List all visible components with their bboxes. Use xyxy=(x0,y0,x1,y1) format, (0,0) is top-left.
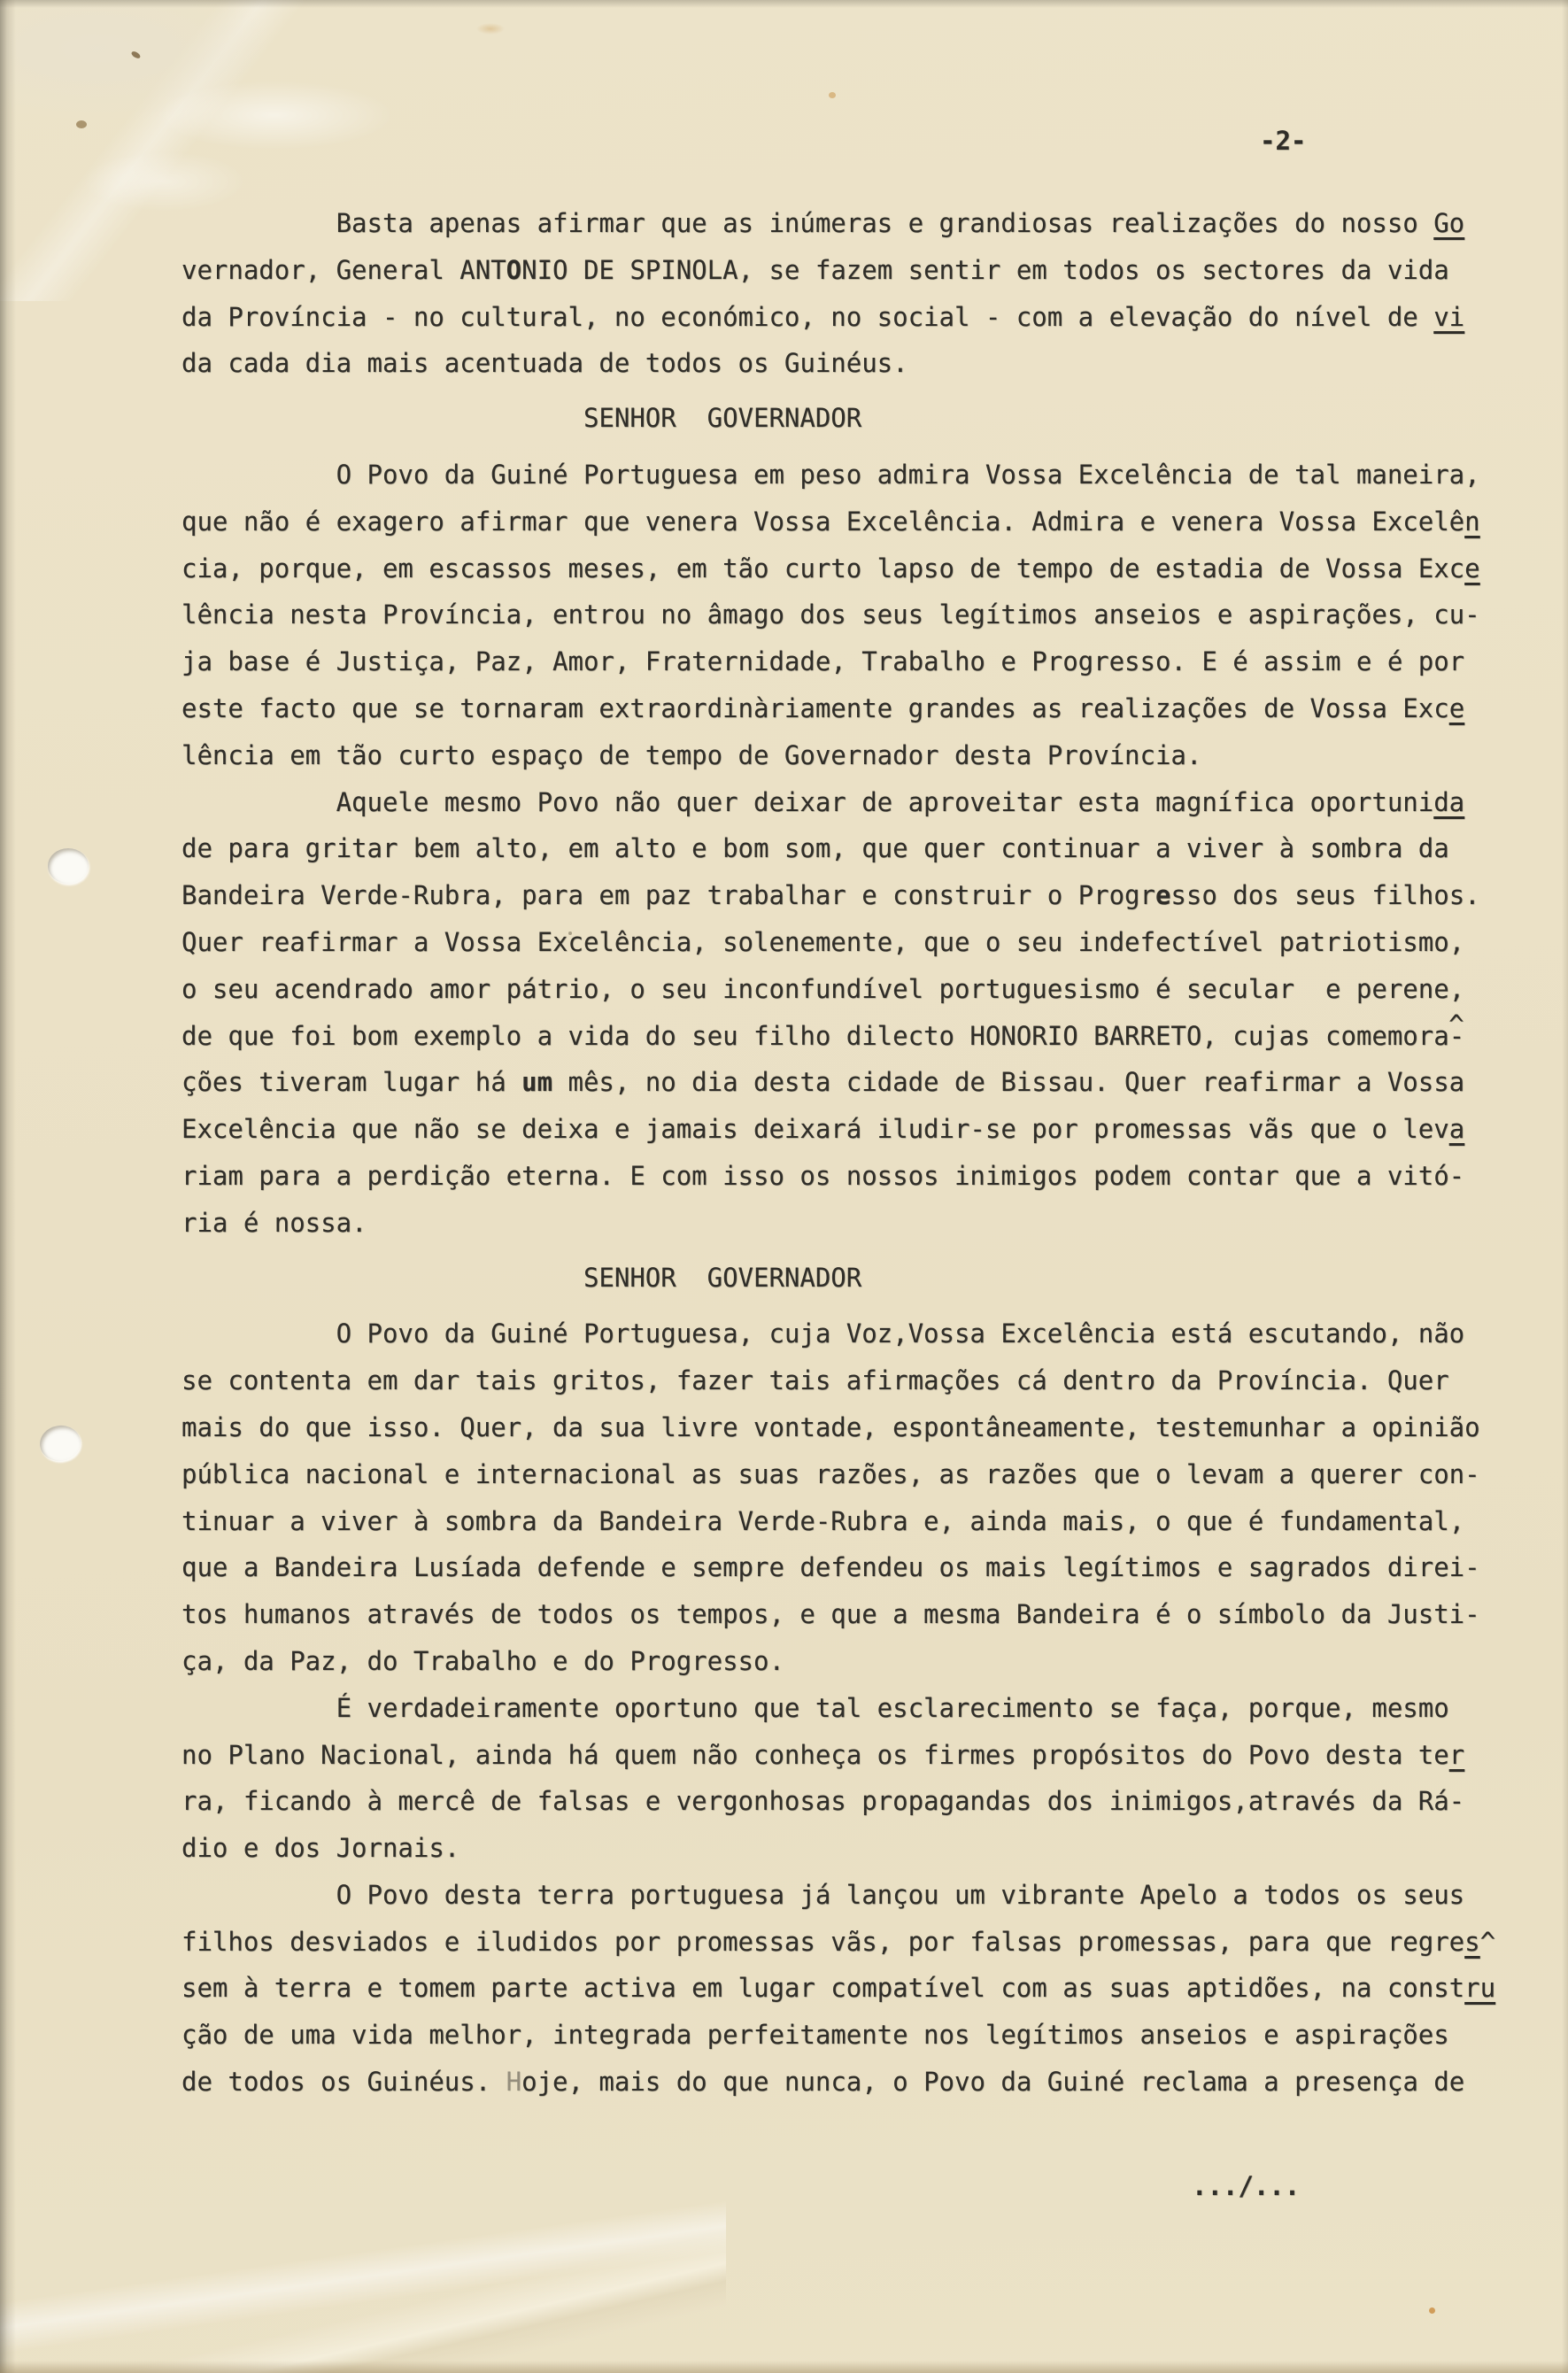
text-line: É verdadeiramente oportuno que tal escla… xyxy=(182,1685,1527,1732)
text-segment: de que foi bom exemplo a vida do seu fil… xyxy=(182,1021,1449,1051)
text-segment: cia, porque, em escassos meses, em tão c… xyxy=(182,553,1464,584)
text-segment: ria é nossa. xyxy=(182,1208,367,1238)
text-line: ja base é Justiça, Paz, Amor, Fraternida… xyxy=(182,638,1527,685)
text-segment: e xyxy=(1449,693,1464,723)
text-segment: de todos os Guinéus. xyxy=(182,2067,506,2097)
text-line: dio e dos Jornais. xyxy=(182,1825,1527,1872)
text-segment: É verdadeiramente oportuno que tal escla… xyxy=(182,1693,1449,1723)
text-line: Quer reafirmar a Vossa Excelência, solen… xyxy=(182,919,1527,966)
text-line: se contenta em dar tais gritos, fazer ta… xyxy=(182,1357,1527,1404)
text-line: ção de uma vida melhor, integrada perfei… xyxy=(182,2012,1527,2059)
text-segment: O Povo desta terra portuguesa já lançou … xyxy=(182,1880,1464,1910)
text-segment: lência nesta Província, entrou no âmago … xyxy=(182,599,1480,630)
text-line: da Província - no cultural, no económico… xyxy=(182,294,1527,341)
text-segment: Quer reafirmar a Vossa Excelência, solen… xyxy=(182,927,1464,957)
text-segment: ções tiveram lugar há xyxy=(182,1067,521,1097)
text-line: O Povo da Guiné Portuguesa em peso admir… xyxy=(182,452,1527,499)
text-line: tos humanos através de todos os tempos, … xyxy=(182,1591,1527,1638)
text-line: riam para a perdição eterna. E com isso … xyxy=(182,1153,1527,1200)
paper-left-edge xyxy=(0,0,16,2373)
section-heading: SENHOR GOVERNADOR xyxy=(182,395,1527,442)
text-segment: da xyxy=(1433,787,1464,817)
text-segment: O Povo da Guiné Portuguesa, cuja Voz,Vos… xyxy=(182,1318,1464,1349)
text-line: este facto que se tornaram extraordinàri… xyxy=(182,685,1527,732)
text-segment: que não é exagero afirmar que venera Vos… xyxy=(182,506,1464,537)
text-line: de que foi bom exemplo a vida do seu fil… xyxy=(182,1013,1527,1060)
punch-hole-top xyxy=(48,848,89,884)
text-line: no Plano Nacional, ainda há quem não con… xyxy=(182,1732,1527,1779)
text-segment: Aquele mesmo Povo não quer deixar de apr… xyxy=(182,787,1433,817)
paper-stain xyxy=(1429,2307,1435,2314)
text-line: de todos os Guinéus. Hoje, mais do que n… xyxy=(182,2059,1527,2106)
text-line: O Povo desta terra portuguesa já lançou … xyxy=(182,1872,1527,1919)
text-line: ra, ficando à mercê de falsas e vergonho… xyxy=(182,1778,1527,1825)
staple-hole-mark xyxy=(76,120,87,128)
text-segment: da cada dia mais acentuada de todos os G… xyxy=(182,348,908,378)
page-number: -2- xyxy=(1260,126,1306,156)
text-segment: O Povo da Guiné Portuguesa em peso admir… xyxy=(182,460,1480,490)
text-line: Aquele mesmo Povo não quer deixar de apr… xyxy=(182,779,1527,826)
text-segment: sem à terra e tomem parte activa em luga… xyxy=(182,1973,1464,2003)
text-segment: sso dos seus filhos. xyxy=(1170,880,1479,910)
text-segment: ça, da Paz, do Trabalho e do Progresso. xyxy=(182,1646,784,1676)
text-line: da cada dia mais acentuada de todos os G… xyxy=(182,340,1527,387)
text-segment: e xyxy=(1464,553,1479,584)
text-segment: vernador, General ANT xyxy=(182,255,506,285)
text-line: cia, porque, em escassos meses, em tão c… xyxy=(182,545,1527,592)
text-segment: riam para a perdição eterna. E com isso … xyxy=(182,1161,1464,1191)
text-line: ça, da Paz, do Trabalho e do Progresso. xyxy=(182,1638,1527,1685)
paper-stain xyxy=(476,23,505,35)
paper-bottom-edge xyxy=(0,2361,1568,2373)
text-line: lência nesta Província, entrou no âmago … xyxy=(182,591,1527,638)
text-line: sem à terra e tomem parte activa em luga… xyxy=(182,1965,1527,2012)
text-segment: de para gritar bem alto, em alto e bom s… xyxy=(182,833,1449,863)
text-segment: Excelência que não se deixa e jamais dei… xyxy=(182,1114,1449,1144)
text-segment: mais do que isso. Quer, da sua livre von… xyxy=(182,1412,1480,1442)
text-segment: se contenta em dar tais gritos, fazer ta… xyxy=(182,1365,1449,1395)
text-segment: ru xyxy=(1464,1973,1495,2003)
text-segment: o seu acendrado amor pátrio, o seu incon… xyxy=(182,974,1464,1004)
text-line: o seu acendrado amor pátrio, o seu incon… xyxy=(182,966,1527,1013)
text-line: vernador, General ANTONIO DE SPINOLA, se… xyxy=(182,247,1527,294)
text-segment: O xyxy=(506,255,521,285)
text-segment: da Província - no cultural, no económico… xyxy=(182,302,1433,332)
text-segment: s xyxy=(1464,1927,1479,1957)
text-line: lência em tão curto espaço de tempo de G… xyxy=(182,732,1527,779)
text-segment: vi xyxy=(1433,302,1464,332)
text-segment: r xyxy=(1449,1740,1464,1770)
text-line: que a Bandeira Lusíada defende e sempre … xyxy=(182,1544,1527,1591)
text-line: filhos desviados e iludidos por promessa… xyxy=(182,1919,1527,1966)
text-segment: e xyxy=(1155,880,1170,910)
text-segment: tos humanos através de todos os tempos, … xyxy=(182,1599,1480,1629)
text-line: que não é exagero afirmar que venera Vos… xyxy=(182,499,1527,545)
text-segment: Basta apenas afirmar que as inúmeras e g… xyxy=(182,208,1433,238)
text-segment: NIO DE SPINOLA, se fazem sentir em todos… xyxy=(521,255,1449,285)
text-segment: que a Bandeira Lusíada defende e sempre … xyxy=(182,1552,1480,1582)
text-line: pública nacional e internacional as suas… xyxy=(182,1451,1527,1498)
text-line: ções tiveram lugar há um mês, no dia des… xyxy=(182,1059,1527,1106)
text-line: mais do que isso. Quer, da sua livre von… xyxy=(182,1404,1527,1451)
text-segment: ja base é Justiça, Paz, Amor, Fraternida… xyxy=(182,646,1464,676)
text-segment: tinuar a viver à sombra da Bandeira Verd… xyxy=(182,1506,1464,1536)
text-segment: mês, no dia desta cidade de Bissau. Quer… xyxy=(552,1067,1464,1097)
text-segment: um xyxy=(521,1067,552,1097)
text-segment: n xyxy=(1464,506,1479,537)
text-line: Bandeira Verde-Rubra, para em paz trabal… xyxy=(182,872,1527,919)
text-segment: lência em tão curto espaço de tempo de G… xyxy=(182,740,1201,770)
text-segment: H xyxy=(506,2067,521,2097)
text-segment: oje, mais do que nunca, o Povo da Guiné … xyxy=(521,2067,1464,2097)
paper-top-edge xyxy=(0,0,1568,8)
text-segment: SENHOR GOVERNADOR xyxy=(182,1263,861,1293)
text-segment: este facto que se tornaram extraordinàri… xyxy=(182,693,1449,723)
text-segment: Bandeira Verde-Rubra, para em paz trabal… xyxy=(182,880,1155,910)
text-segment: SENHOR GOVERNADOR xyxy=(182,403,861,433)
continuation-marker: .../... xyxy=(1192,2171,1300,2201)
document-lines: Basta apenas afirmar que as inúmeras e g… xyxy=(182,200,1527,2106)
text-segment: ra, ficando à mercê de falsas e vergonho… xyxy=(182,1786,1464,1816)
text-segment: pública nacional e internacional as suas… xyxy=(182,1459,1480,1489)
text-segment: filhos desviados e iludidos por promessa… xyxy=(182,1927,1464,1957)
paper-stain xyxy=(829,92,836,98)
text-segment: a xyxy=(1449,1114,1464,1144)
punch-hole-bottom xyxy=(37,1423,82,1464)
text-segment: dio e dos Jornais. xyxy=(182,1833,460,1863)
text-line: tinuar a viver à sombra da Bandeira Verd… xyxy=(182,1498,1527,1545)
text-line: Excelência que não se deixa e jamais dei… xyxy=(182,1106,1527,1153)
text-line: de para gritar bem alto, em alto e bom s… xyxy=(182,825,1527,872)
bottom-left-crease xyxy=(0,2187,726,2373)
text-line: O Povo da Guiné Portuguesa, cuja Voz,Vos… xyxy=(182,1310,1527,1357)
text-segment: Go xyxy=(1433,208,1464,238)
text-segment: no Plano Nacional, ainda há quem não con… xyxy=(182,1740,1449,1770)
paper-sheet: -2- Basta apenas afirmar que as inúmeras… xyxy=(0,0,1568,2373)
text-line: Basta apenas afirmar que as inúmeras e g… xyxy=(182,200,1527,247)
text-segment: ^ xyxy=(1480,1927,1495,1957)
text-segment: ção de uma vida melhor, integrada perfei… xyxy=(182,2020,1449,2050)
paper-right-edge xyxy=(1562,0,1568,2373)
section-heading: SENHOR GOVERNADOR xyxy=(182,1255,1527,1302)
text-line: ria é nossa. xyxy=(182,1200,1527,1247)
